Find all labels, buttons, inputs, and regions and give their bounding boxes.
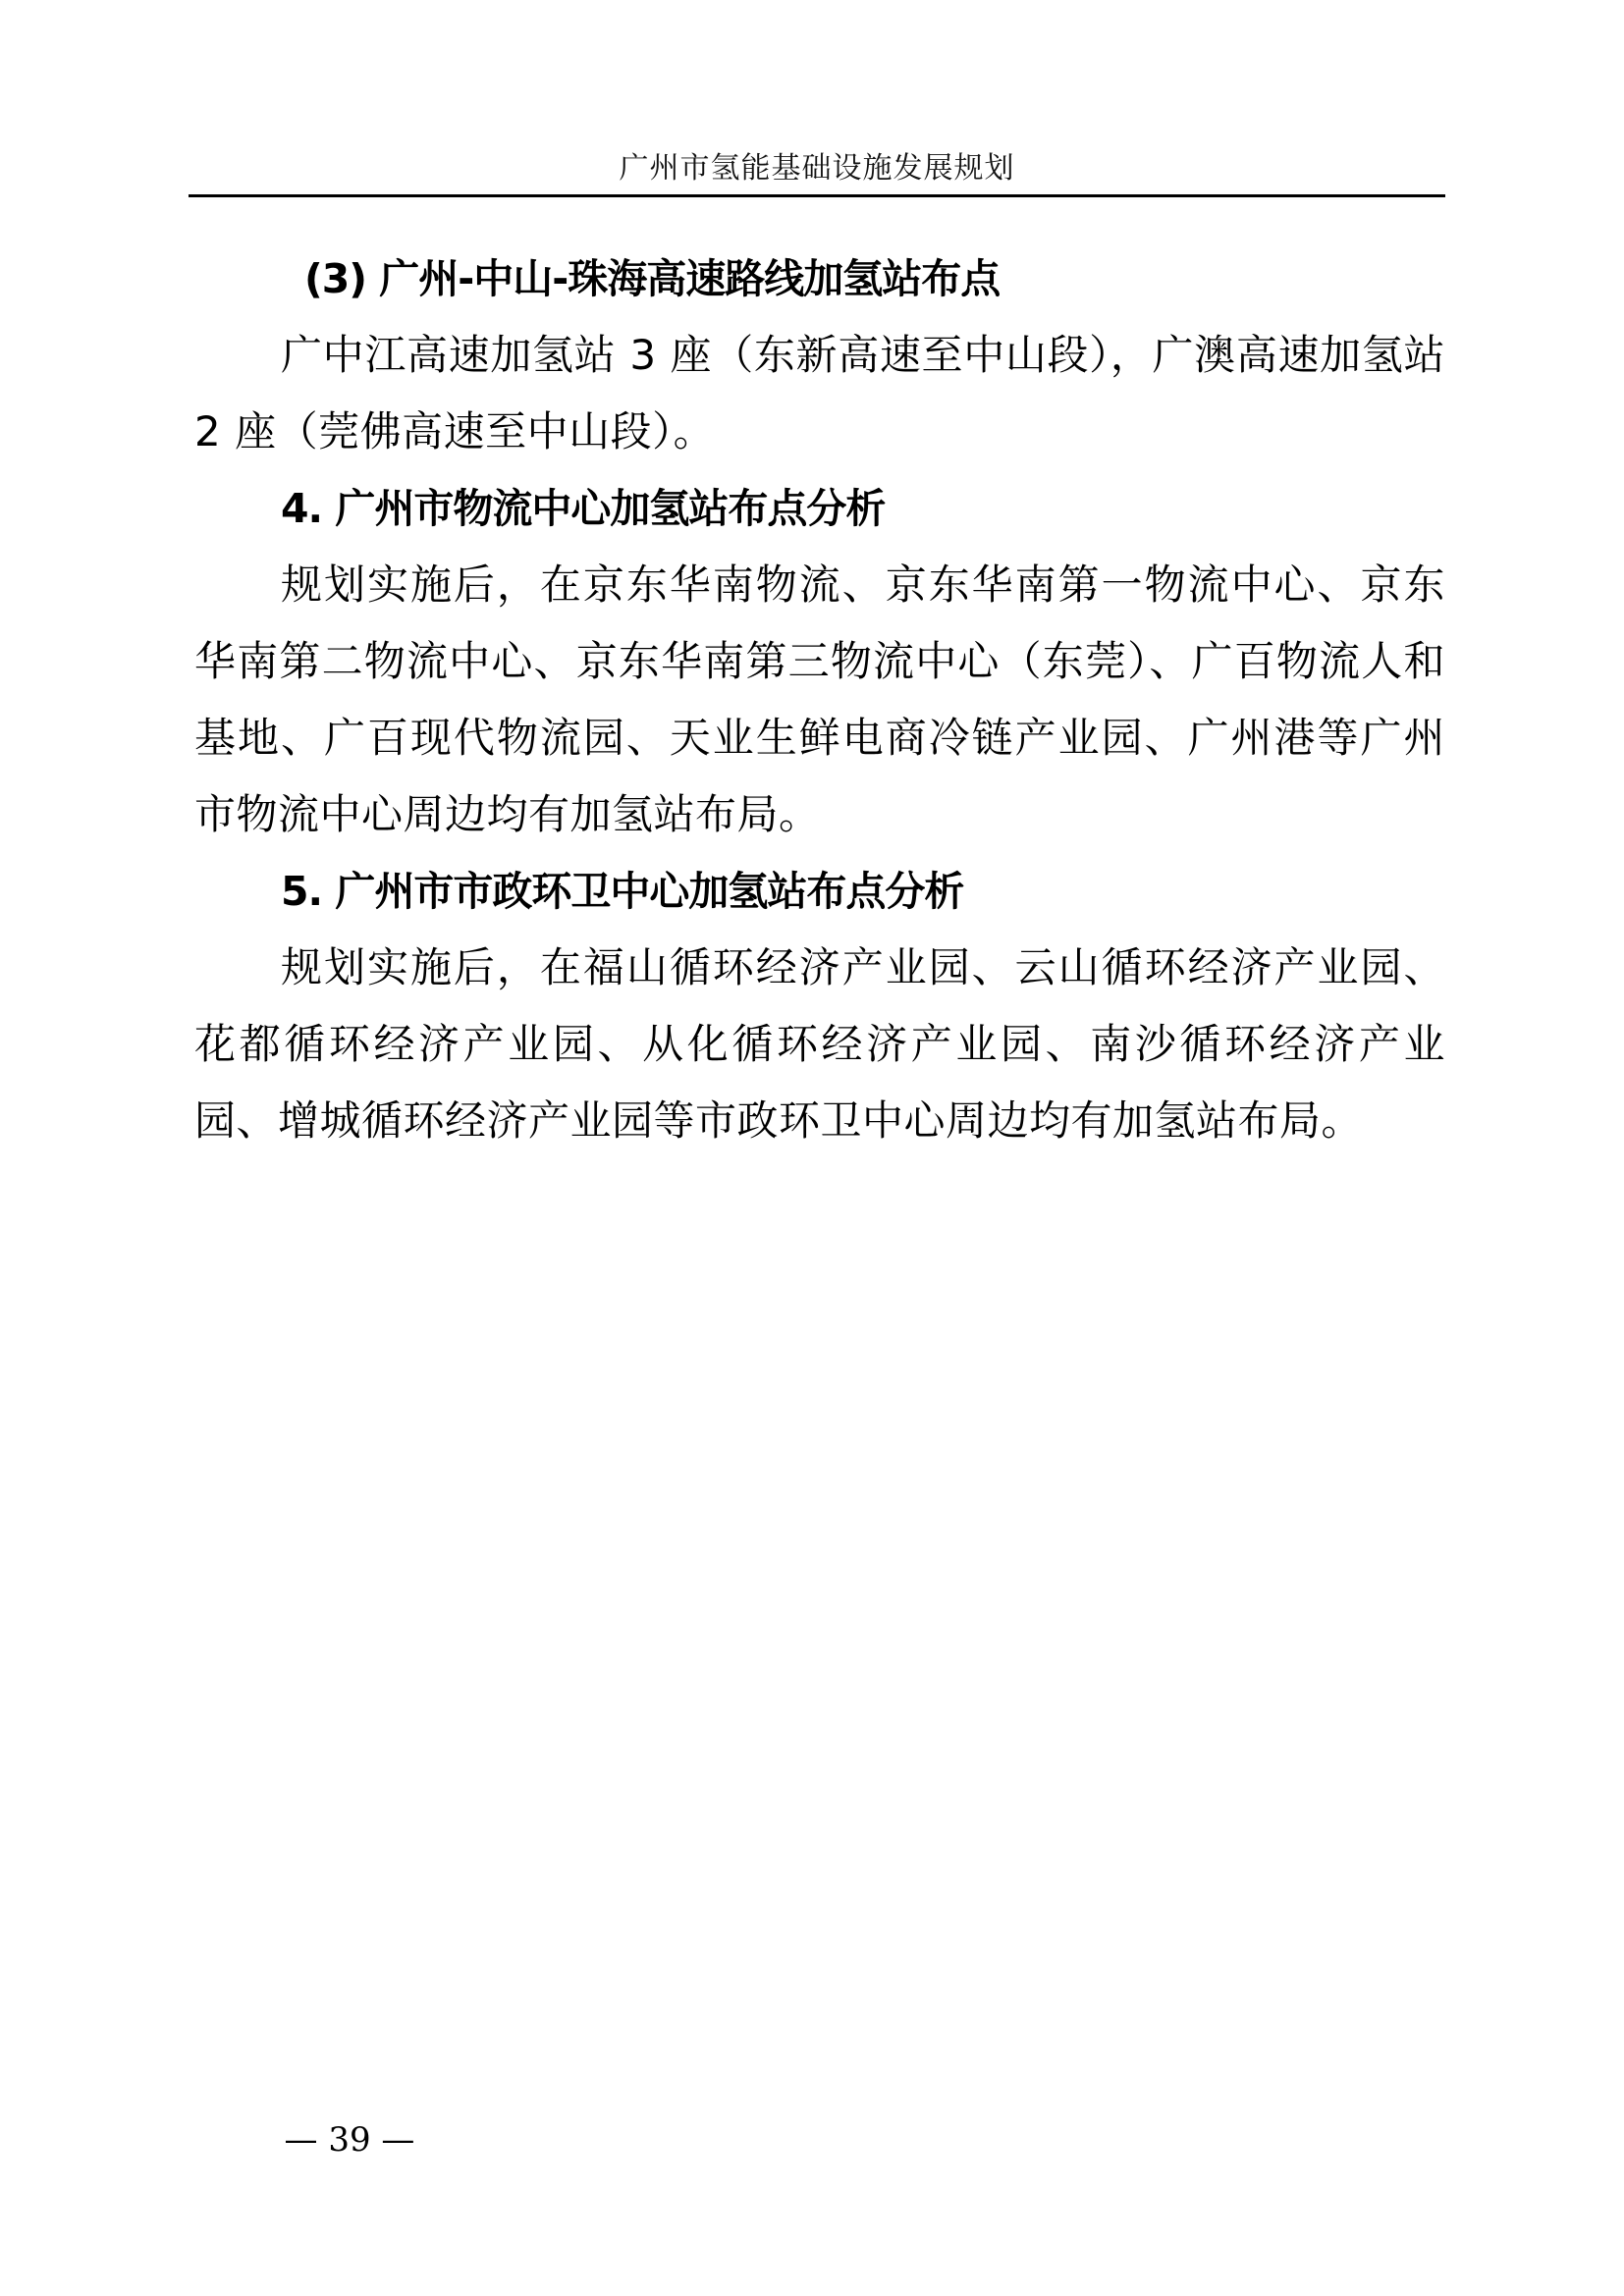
paragraph-sanitation: 规划实施后，在福山循环经济产业园、云山循环经济产业园、花都循环经济产业园、从化循… (194, 930, 1445, 1159)
section-heading-logistics: 4. 广州市物流中心加氢站布点分析 (194, 470, 1445, 547)
section-heading-sanitation: 5. 广州市市政环卫中心加氢站布点分析 (194, 853, 1445, 930)
document-body: (3) 广州-中山-珠海高速路线加氢站布点 广中江高速加氢站 3 座（东新高速至… (194, 240, 1445, 1159)
paragraph-highway: 广中江高速加氢站 3 座（东新高速至中山段），广澳高速加氢站 2 座（莞佛高速至… (194, 317, 1445, 470)
header-rule (189, 194, 1445, 197)
section-heading-highway: (3) 广州-中山-珠海高速路线加氢站布点 (194, 240, 1445, 317)
paragraph-logistics: 规划实施后，在京东华南物流、京东华南第一物流中心、京东华南第二物流中心、京东华南… (194, 547, 1445, 853)
page-header-title: 广州市氢能基础设施发展规划 (189, 143, 1445, 187)
page-number: — 39 — (271, 2120, 428, 2160)
